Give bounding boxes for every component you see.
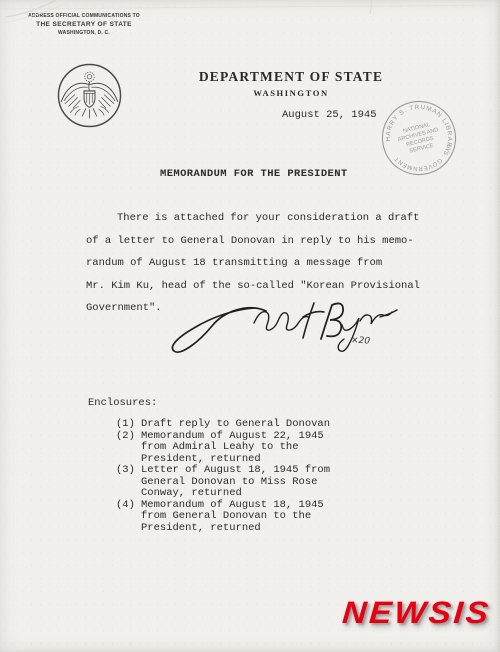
scanned-document-page: ADDRESS OFFICIAL COMMUNICATIONS TO THE S… (0, 0, 500, 652)
enclosure-line: from Admiral Leahy to the (141, 442, 376, 454)
newsis-watermark-logo: NEWSIS (341, 595, 492, 631)
address-note-line: ADDRESS OFFICIAL COMMUNICATIONS TO (28, 12, 140, 20)
great-seal-icon (53, 59, 126, 132)
document-date: August 25, 1945 (282, 109, 377, 121)
enclosure-line: Draft reply to General Donovan (141, 419, 376, 431)
enclosure-item: (2) Memorandum of August 22, 1945 from A… (116, 431, 376, 466)
address-note-line: WASHINGTON, D. C. (28, 29, 140, 37)
enclosure-item: (4) Memorandum of August 18, 1945 from G… (116, 500, 376, 535)
body-line: of a letter to General Donovan in reply … (86, 230, 456, 253)
enclosure-line: Conway, returned (141, 488, 376, 500)
address-note-line: THE SECRETARY OF STATE (28, 20, 140, 29)
enclosures-list: (1) Draft reply to General Donovan (2) M… (116, 419, 376, 534)
enclosures-heading: Enclosures: (88, 397, 157, 409)
signature-james-f-byrnes (168, 294, 400, 368)
enclosure-line: from General Donovan to the (141, 511, 376, 523)
enclosure-number: (2) (116, 431, 135, 443)
enclosure-item: (1) Draft reply to General Donovan (116, 419, 376, 431)
handwritten-annotation: ×20 (351, 335, 371, 346)
enclosure-number: (3) (116, 465, 135, 477)
body-line: There is attached for your consideration… (86, 207, 456, 230)
department-heading: DEPARTMENT OF STATE (199, 69, 383, 85)
letterhead-address-note: ADDRESS OFFICIAL COMMUNICATIONS TO THE S… (28, 12, 140, 37)
body-line: randum of August 18 transmitting a messa… (86, 252, 456, 275)
enclosure-number: (1) (116, 419, 135, 431)
enclosure-item: (3) Letter of August 18, 1945 from Gener… (116, 465, 376, 500)
enclosure-line: Letter of August 18, 1945 from (141, 465, 376, 477)
city-subheading: WASHINGTON (253, 88, 328, 98)
enclosure-line: President, returned (141, 523, 376, 535)
enclosure-number: (4) (116, 500, 135, 512)
memo-title: MEMORANDUM FOR THE PRESIDENT (160, 168, 348, 180)
truman-library-archive-stamp: HARRY S. TRUMAN LIBRARY U.S. GOVERNMENT … (368, 87, 470, 189)
